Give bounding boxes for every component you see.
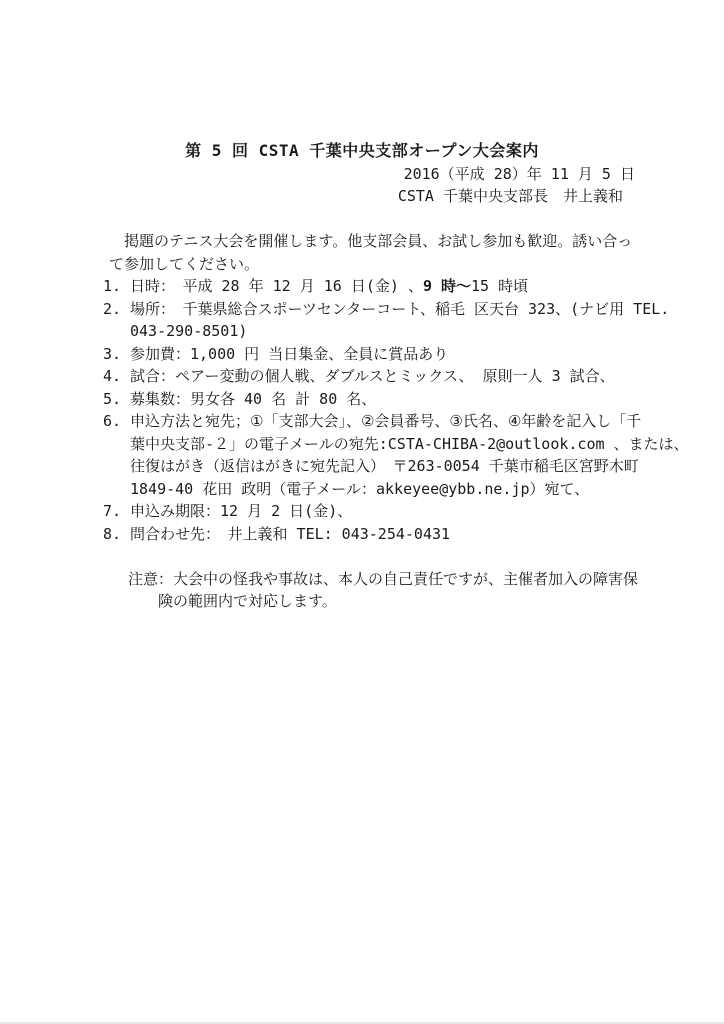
author-line: CSTA 千葉中央支部長 井上義和	[0, 185, 724, 208]
caution-note: 注意：大会中の怪我や事故は、本人の自己責任ですが、主催者加入の障害保 険の範囲内…	[128, 568, 724, 613]
item1-bold-time: 9 時～	[423, 277, 471, 295]
item-number: 3.	[103, 343, 130, 366]
page-title: 第 5 回 CSTA 千葉中央支部オープン大会案内	[0, 140, 724, 163]
item-number: 4.	[103, 365, 130, 388]
item-number: 5.	[103, 388, 130, 411]
date-line: 2016（平成 28）年 11 月 5 日	[0, 163, 724, 186]
item1-text-end: 15 時頃	[471, 277, 528, 295]
intro-line: 掲題のテニス大会を開催します。他支部会員、お試し参加も歓迎。誘い合っ	[109, 230, 724, 253]
item-number: 8.	[103, 523, 130, 546]
blank-line	[0, 545, 724, 568]
list-item-line: 日時： 平成 28 年 12 月 16 日(金) 、9 時～15 時頃	[130, 275, 724, 298]
intro-line: て参加してください。	[109, 253, 724, 276]
list-item-line: 043-290-8501)	[130, 320, 724, 343]
list-item-line: 参加費：1,000 円 当日集金、全員に賞品あり	[130, 343, 724, 366]
list-item-8: 8. 問合わせ先： 井上義和 TEL: 043-254-0431	[103, 523, 724, 546]
blank-line	[0, 208, 724, 231]
list-item-line: 申込み期限：12 月 2 日(金)、	[130, 500, 724, 523]
list-item-2: 2. 場所： 千葉県総合スポーツセンターコート、稲毛 区天台 323、(ナビ用 …	[103, 298, 724, 343]
list-item-line: 往復はがき（返信はがきに宛先記入） 〒263-0054 千葉市稲毛区宮野木町	[130, 455, 724, 478]
item-number: 1.	[103, 275, 130, 298]
note-label: 注意：	[128, 570, 173, 588]
list-item-line: 申込方法と宛先；①「支部大会」、②会員番号、③氏名、④年齢を記入し「千	[130, 410, 724, 433]
item1-text: 日時： 平成 28 年 12 月 16 日(金) 、	[130, 277, 423, 295]
note-line: 注意：大会中の怪我や事故は、本人の自己責任ですが、主催者加入の障害保	[128, 568, 724, 591]
list-item-6: 6. 申込方法と宛先；①「支部大会」、②会員番号、③氏名、④年齢を記入し「千 葉…	[103, 410, 724, 500]
item-number: 2.	[103, 298, 130, 321]
list-item-5: 5. 募集数：男女各 40 名 計 80 名、	[103, 388, 724, 411]
list-item-line: 試合：ペアー変動の個人戦、ダブルスとミックス、 原則一人 3 試合、	[130, 365, 724, 388]
list-item-7: 7. 申込み期限：12 月 2 日(金)、	[103, 500, 724, 523]
intro-paragraph: 掲題のテニス大会を開催します。他支部会員、お試し参加も歓迎。誘い合っ て参加して…	[109, 230, 724, 275]
list-item-line: 問合わせ先： 井上義和 TEL: 043-254-0431	[130, 523, 724, 546]
list-item-line: 葉中央支部-２」の電子メールの宛先:CSTA-CHIBA-2@outlook.c…	[130, 433, 724, 456]
document-page: 第 5 回 CSTA 千葉中央支部オープン大会案内 2016（平成 28）年 1…	[0, 0, 724, 1024]
note-line: 険の範囲内で対応します。	[128, 590, 724, 613]
numbered-list: 1. 日時： 平成 28 年 12 月 16 日(金) 、9 時～15 時頃 2…	[103, 275, 724, 545]
document-content: 第 5 回 CSTA 千葉中央支部オープン大会案内 2016（平成 28）年 1…	[0, 0, 724, 613]
item-number: 6.	[103, 410, 130, 433]
list-item-line: 1849-40 花田 政明（電子メール：akkeyee@ybb.ne.jp）宛て…	[130, 478, 724, 501]
list-item-4: 4. 試合：ペアー変動の個人戦、ダブルスとミックス、 原則一人 3 試合、	[103, 365, 724, 388]
list-item-1: 1. 日時： 平成 28 年 12 月 16 日(金) 、9 時～15 時頃	[103, 275, 724, 298]
list-item-line: 募集数：男女各 40 名 計 80 名、	[130, 388, 724, 411]
note-text: 大会中の怪我や事故は、本人の自己責任ですが、主催者加入の障害保	[173, 570, 638, 588]
list-item-line: 場所： 千葉県総合スポーツセンターコート、稲毛 区天台 323、(ナビ用 TEL…	[130, 298, 724, 321]
item-number: 7.	[103, 500, 130, 523]
list-item-3: 3. 参加費：1,000 円 当日集金、全員に賞品あり	[103, 343, 724, 366]
